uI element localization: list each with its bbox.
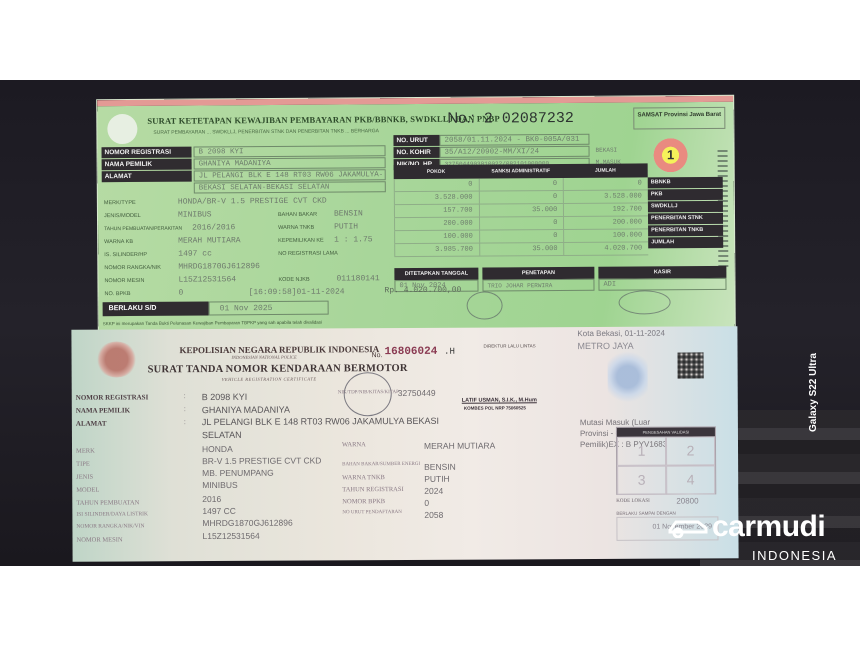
value-model: MINIBUS xyxy=(202,480,237,490)
value-kasir: ADI xyxy=(598,278,726,291)
stnk-serial: 16806024 .H xyxy=(384,346,454,358)
value-kepemilikan: 1 : 1.75 xyxy=(334,235,372,244)
serial-suffix: .H xyxy=(444,346,455,357)
pengesahan-cell: 3 xyxy=(617,466,666,495)
payment-table: POKOK SANKSI ADMINISTRATIF JUMLAH 000 3.… xyxy=(394,163,649,257)
label-warna-tnkb: WARNA TNKB xyxy=(278,225,314,231)
value-penetapan: TRIO JOHAR PERWIRA xyxy=(482,279,594,292)
skkp-subtitle: SURAT PEMBAYARAN ... SWDKLLJ, PENERBITAN… xyxy=(153,128,403,136)
label-isi-silinder: ISI SILINDER/DAYA LISTRIK xyxy=(76,511,148,517)
value-tahun: 2016/2016 xyxy=(192,223,235,232)
value-tahun-registrasi: 2024 xyxy=(424,486,443,496)
skkp-number-value: 02087232 xyxy=(502,110,574,128)
value-no-urut: 2058/01.11.2024 - BK0-005A/031 xyxy=(439,134,589,146)
seal-number: 1 xyxy=(654,147,688,162)
label-kode-njkb: KODE NJKB xyxy=(278,277,309,283)
cell-jumlah: 0 xyxy=(563,177,648,190)
label-bahan-bakar: BAHAN BAKAR/SUMBER ENERGI xyxy=(342,462,420,467)
label-pkb: PKB xyxy=(648,189,723,201)
government-emblem-icon xyxy=(107,114,137,144)
label-nomor-registrasi: NOMOR REGISTRASI xyxy=(76,393,149,401)
cell-pokok: 3.985.700 xyxy=(394,244,479,257)
value-nomor-registrasi: B 2098 KYI xyxy=(202,392,248,402)
stnk-registration-certificate: KEPOLISIAN NEGARA REPUBLIK INDONESIA IND… xyxy=(71,326,738,561)
total-amount: Rp. 4.020.700,00 xyxy=(384,286,461,296)
value-berlaku: 01 Nov 2025 xyxy=(209,301,329,316)
pengesahan-box: PENGESAHAN VALIDASI 1 2 3 4 xyxy=(616,426,716,495)
serial-number: 16806024 xyxy=(384,346,437,358)
label-warna-kb: WARNA KB xyxy=(104,239,133,245)
samsat-box: SAMSAT Provinsi Jawa Barat xyxy=(633,107,725,130)
skkp-tax-document: SURAT KETETAPAN KEWAJIBAN PEMBAYARAN PKB… xyxy=(97,96,735,338)
label-penerbitan-tnkb: PENERBITAN TNKB xyxy=(648,225,723,237)
label-tipe: TIPE xyxy=(76,461,90,468)
signer-rank: KOMBES POL NRP 75060525 xyxy=(464,405,526,410)
official-stamp-icon xyxy=(467,291,503,319)
value-bahan-bakar: BENSIN xyxy=(424,462,456,472)
value-nomor-bpkb: 0 xyxy=(424,498,429,508)
label-nomor-mesin: NOMOR MESIN xyxy=(104,278,144,284)
value-nama-pemilik: GHANIYA MADANIYA xyxy=(194,157,386,169)
skkp-footnote: SKKP ini merupakan Tanda Bukti Pelunasan… xyxy=(103,320,322,327)
issue-place-date: Kota Bekasi, 01-11-2024 xyxy=(577,329,665,338)
value-no-bpkb: 0 xyxy=(178,289,183,298)
skkp-number-label: No.: xyxy=(447,110,475,127)
value-nomor-rangka: MHRDG1870GJ612896 xyxy=(202,518,292,528)
label-tahun: TAHUN PEMBUATAN/PERAKITAN xyxy=(104,226,182,233)
label-alamat: ALAMAT xyxy=(102,171,192,183)
cell-pokok: 200.000 xyxy=(394,218,479,231)
samsat-seal-icon: 1 xyxy=(653,138,687,172)
cell-pokok: 3.528.000 xyxy=(394,192,479,205)
label-merk: MERK xyxy=(76,448,95,455)
car-logo-icon xyxy=(668,516,708,538)
value-isi-silinder: 1497 cc xyxy=(178,249,212,258)
value-alamat-2: SELATAN xyxy=(202,430,242,440)
label-warna-tnkb: WARNA TNKB xyxy=(342,474,385,481)
pengesahan-cell: 4 xyxy=(666,465,715,494)
value-merk-type: HONDA/BR-V 1.5 PRESTIGE CVT CKD xyxy=(178,197,327,207)
carmudi-country: INDONESIA xyxy=(752,548,837,563)
stnk-header-police-en: INDONESIAN NATIONAL POLICE xyxy=(232,355,297,360)
carmudi-logo: carmudi xyxy=(712,510,825,544)
skkp-number-prefix: 2 xyxy=(484,110,493,127)
cell-jumlah: 100.000 xyxy=(563,229,648,242)
label-no-urut: NO. URUT xyxy=(393,135,439,146)
cell-jumlah: 200.000 xyxy=(563,216,648,229)
label-no-kohir: NO. KOHIR xyxy=(394,147,440,158)
cell-pokok: 157.700 xyxy=(394,205,479,218)
value-bahan-bakar: BENSIN xyxy=(334,209,363,218)
label-jenis: JENIS xyxy=(76,474,93,481)
colon: : xyxy=(184,419,186,426)
kasir-stamp-icon xyxy=(619,290,671,314)
label-nomor-mesin: NOMOR MESIN xyxy=(76,536,122,543)
cell-pokok: 100.000 xyxy=(394,231,479,244)
value-nomor-mesin: L15Z12531564 xyxy=(178,275,236,284)
label-bbnkb: BBNKB xyxy=(648,177,723,189)
value-warna-kb: MERAH MUTIARA xyxy=(178,236,240,245)
cell-pokok: 0 xyxy=(394,179,479,192)
label-berlaku: BERLAKU S/D xyxy=(103,301,209,316)
cell-sanksi: 35.000 xyxy=(479,243,564,256)
value-alamat: JL PELANGI BLK E 148 RT03 RW06 JAKAMULYA… xyxy=(202,416,439,427)
stnk-no-label: No. xyxy=(372,352,383,359)
value-kode-lokasi: 20800 xyxy=(676,496,698,505)
label-penerbitan-stnk: PENERBITAN STNK xyxy=(648,213,723,225)
label-merk-type: MERK/TYPE xyxy=(104,200,136,206)
cell-jumlah: 4.020.700 xyxy=(564,242,649,255)
cell-sanksi: 0 xyxy=(478,191,563,204)
value-jenis-model: MINIBUS xyxy=(178,210,212,219)
cell-sanksi: 0 xyxy=(478,178,563,191)
label-isi-silinder: IS. SILINDER/HP xyxy=(104,252,147,258)
label-bahan-bakar: BAHAN BAKAR xyxy=(278,212,317,218)
cell-sanksi: 0 xyxy=(479,217,564,230)
label-no-urut: NO URUT PENDAFTARAN xyxy=(342,510,402,515)
pengesahan-cell: 1 xyxy=(617,437,666,466)
signer-name: LATIF USMAN, S.I.K., M.Hum xyxy=(462,397,537,403)
value-kode-njkb: 011180141 xyxy=(336,274,379,283)
label-jenis-model: JENIS/MODEL xyxy=(104,213,141,219)
hologram-icon xyxy=(607,347,647,407)
table-row: 3.985.70035.0004.020.700 xyxy=(394,242,648,257)
value-tipe: BR-V 1.5 PRESTIGE CVT CKD xyxy=(202,455,321,466)
direktur-title: DIREKTUR LALU LINTAS xyxy=(483,343,535,348)
colon: : xyxy=(184,393,186,400)
label-warna: WARNA xyxy=(342,441,366,448)
label-kasir: KASIR xyxy=(598,266,726,279)
value-nomor-rangka: MHRDG1870GJ612896 xyxy=(178,262,260,272)
value-alamat-1: JL PELANGI BLK E 148 RT03 RW06 JAKAMULYA… xyxy=(194,169,386,181)
police-emblem-icon xyxy=(95,341,137,377)
label-alamat: ALAMAT xyxy=(76,420,107,428)
value-warna-tnkb: PUTIH xyxy=(424,474,450,484)
skkp-number: No.: 2 02087232 xyxy=(447,109,574,128)
cell-sanksi: 0 xyxy=(479,230,564,243)
qr-code-icon xyxy=(678,352,704,378)
label-jumlah: JUMLAH xyxy=(648,237,723,249)
label-kode-lokasi: KODE LOKASI xyxy=(616,499,650,504)
label-tahun-registrasi: TAHUN REGISTRASI xyxy=(342,486,403,493)
label-swdkllj: SWDKLLJ xyxy=(648,201,723,213)
label-nama-pemilik: NAMA PEMILIK xyxy=(102,159,192,171)
label-penetapan: PENETAPAN xyxy=(482,267,594,280)
stnk-title-en: VEHICLE REGISTRATION CERTIFICATE xyxy=(222,376,317,381)
label-nomor-rangka: NOMOR RANGKA/NIK/VIN xyxy=(76,523,144,529)
value-kohir-extra: BEKASI xyxy=(596,147,618,154)
colon: : xyxy=(184,406,186,413)
value-nik: 32750449 xyxy=(398,388,436,398)
payment-category-labels: BBNKB PKB SWDKLLJ PENERBITAN STNK PENERB… xyxy=(648,177,724,250)
value-jenis: MB. PENUMPANG xyxy=(202,468,274,478)
value-nomor-mesin: L15Z12531564 xyxy=(202,531,259,541)
value-no-urut: 2058 xyxy=(424,510,443,520)
label-ditetapkan: DITETAPKAN TANGGAL xyxy=(394,268,478,281)
cell-jumlah: 3.528.000 xyxy=(563,190,648,203)
value-isi-silinder: 1497 CC xyxy=(202,506,236,516)
label-no-registrasi-lama: NO REGISTRASI LAMA xyxy=(278,251,338,257)
header-jumlah: JUMLAH xyxy=(563,163,648,178)
label-nomor-rangka: NOMOR RANGKA/NIK xyxy=(104,265,161,271)
value-warna: MERAH MUTIARA xyxy=(424,441,495,451)
label-nomor-registrasi: NOMOR REGISTRASI xyxy=(102,147,192,159)
pengesahan-cell: 2 xyxy=(666,436,715,465)
device-watermark: Galaxy S22 Ultra xyxy=(808,353,819,432)
value-nomor-registrasi: B 2098 KYI xyxy=(194,145,386,157)
value-warna-tnkb: PUTIH xyxy=(334,222,358,231)
label-nomor-bpkb: NOMOR BPKB xyxy=(342,498,385,505)
label-nik: NIK/TDP/NIB/KITAS/KITAP: xyxy=(338,390,401,395)
header-sanksi: SANKSI ADMINISTRATIF xyxy=(478,164,563,179)
cell-sanksi: 35.000 xyxy=(479,204,564,217)
value-tahun-pembuatan: 2016 xyxy=(202,494,221,504)
label-berlaku-sampai: BERLAKU SAMPAI DENGAN xyxy=(616,511,675,516)
value-nama-pemilik: GHANIYA MADANIYA xyxy=(202,405,290,415)
label-kepemilikan: KEPEMILIKAN KE xyxy=(278,238,324,244)
value-alamat-2: BEKASI SELATAN-BEKASI SELATAN xyxy=(194,181,386,193)
label-model: MODEL xyxy=(76,487,99,494)
header-pokok: POKOK xyxy=(394,165,479,180)
cell-jumlah: 192.700 xyxy=(563,203,648,216)
label-nama-pemilik: NAMA PEMILIK xyxy=(76,406,130,414)
stnk-header-police: KEPOLISIAN NEGARA REPUBLIK INDONESIA xyxy=(179,344,379,355)
value-timestamp: [16:09:58]01-11-2024 xyxy=(248,288,344,298)
value-no-kohir: 35/A12/20902-MM/XI/24 xyxy=(440,146,590,158)
label-tahun-pembuatan: TAHUN PEMBUATAN xyxy=(76,499,139,506)
value-merk: HONDA xyxy=(202,444,233,454)
label-no-bpkb: NO. BPKB xyxy=(105,291,131,297)
